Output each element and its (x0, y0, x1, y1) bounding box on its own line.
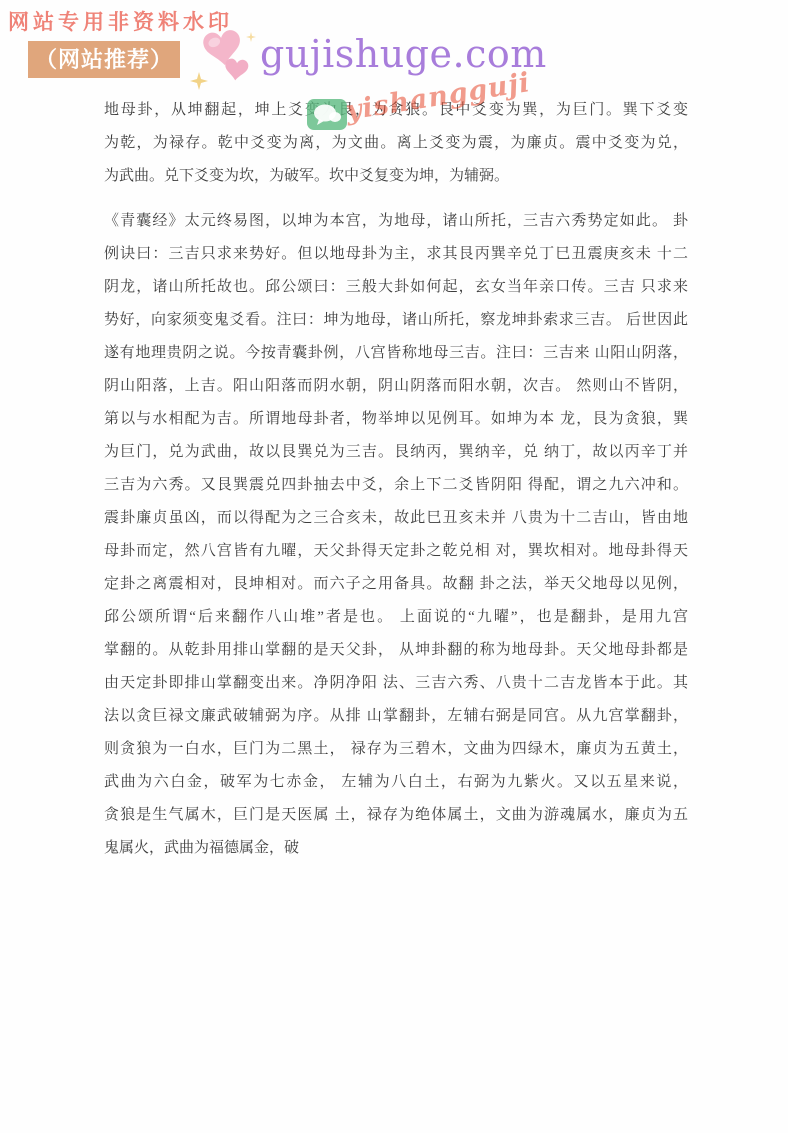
text-line: 邱公颂所谓“后来翻作八山堆”者是也。 上面说的“九曜”，也是翻卦，是用九宫 (104, 601, 688, 634)
text-line: 为乾，为禄存。乾中爻变为离，为文曲。离上爻变为震，为廉贞。震中爻变为兑， (104, 127, 688, 160)
text-line: 母卦而定，然八宫皆有九曜，天父卦得天定卦之乾兑相 对，巽坎相对。地母卦得天 (104, 535, 688, 568)
scanned-document-page: 网站专用非资料水印 （网站推荐） (0, 0, 788, 1133)
text-line: 遂有地理贵阴之说。今按青囊卦例，八宫皆称地母三吉。注曰：三吉来 山阳山阴落， (104, 337, 688, 370)
document-body: 地母卦，从坤翻起，坤上爻变为艮，为贪狼。艮中爻变为巽，为巨门。巽下爻变 为乾，为… (104, 94, 688, 865)
text-line: 三吉为六秀。又艮巽震兑四卦抽去中爻，余上下二爻皆阴阳 得配，谓之九六冲和。 (104, 469, 688, 502)
text-line: 势好，向家须变鬼爻看。注曰：坤为地母，诸山所托，察龙坤卦索求三吉。 后世因此 (104, 304, 688, 337)
text-line: 鬼属火，武曲为福德属金，破 (104, 832, 688, 865)
site-name-logo: gujishuge.com (260, 32, 547, 76)
text-line: 由天定卦即排山掌翻变出来。净阴净阳 法、三吉六秀、八贵十二吉龙皆本于此。其 (104, 667, 688, 700)
text-line: 掌翻的。从乾卦用排山掌翻的是天父卦， 从坤卦翻的称为地母卦。天父地母卦都是 (104, 634, 688, 667)
text-line: 为巨门，兑为武曲，故以艮巽兑为三吉。艮纳丙，巽纳辛，兑 纳丁，故以丙辛丁并 (104, 436, 688, 469)
sparkle-icon-small (246, 32, 256, 42)
site-recommend-badge: （网站推荐） (28, 41, 180, 78)
text-line: 武曲为六白金，破军为七赤金， 左辅为八白土，右弼为九紫火。又以五星来说， (104, 766, 688, 799)
text-line: 地母卦，从坤翻起，坤上爻变为艮，为贪狼。艮中爻变为巽，为巨门。巽下爻变 (104, 94, 688, 127)
text-line: 法以贪巨禄文廉武破辅弼为序。从排 山掌翻卦，左辅右弼是同宫。从九宫掌翻卦， (104, 700, 688, 733)
text-line: 例诀曰：三吉只求来势好。但以地母卦为主，求其艮丙巽辛兑丁巳丑震庚亥未 十二 (104, 238, 688, 271)
sparkle-icon (190, 72, 208, 90)
text-line: 为武曲。兑下爻变为坎，为破军。坎中爻复变为坤，为辅弼。 (104, 160, 688, 193)
text-line: 阴龙，诸山所托故也。邱公颂曰：三般大卦如何起，玄女当年亲口传。三吉 只求来 (104, 271, 688, 304)
text-line: 震卦廉贞虽凶，而以得配为之三合亥未，故此巳丑亥未并 八贵为十二吉山，皆由地 (104, 502, 688, 535)
text-line: 第以与水相配为吉。所谓地母卦者，物举坤以见例耳。如坤为本 龙，艮为贪狼，巽 (104, 403, 688, 436)
heart-icon-small (224, 58, 249, 82)
text-line: 则贪狼为一白水，巨门为二黑土， 禄存为三碧木，文曲为四绿木，廉贞为五黄土， (104, 733, 688, 766)
hearts-logo-icon (188, 30, 260, 90)
chat-bubble-icon (307, 99, 347, 130)
heart-icon-large (202, 30, 243, 68)
text-line: 《青囊经》太元终易图，以坤为本宫，为地母，诸山所托，三吉六秀势定如此。 卦 (104, 205, 688, 238)
text-line: 定卦之离震相对，艮坤相对。而六子之用备具。故翻 卦之法，举天父地母以见例， (104, 568, 688, 601)
text-line: 贪狼是生气属木，巨门是天医属 土，禄存为绝体属土，文曲为游魂属水，廉贞为五 (104, 799, 688, 832)
text-line: 阴山阳落，上吉。阳山阳落而阴水朝，阴山阴落而阳水朝，次吉。 然则山不皆阴， (104, 370, 688, 403)
